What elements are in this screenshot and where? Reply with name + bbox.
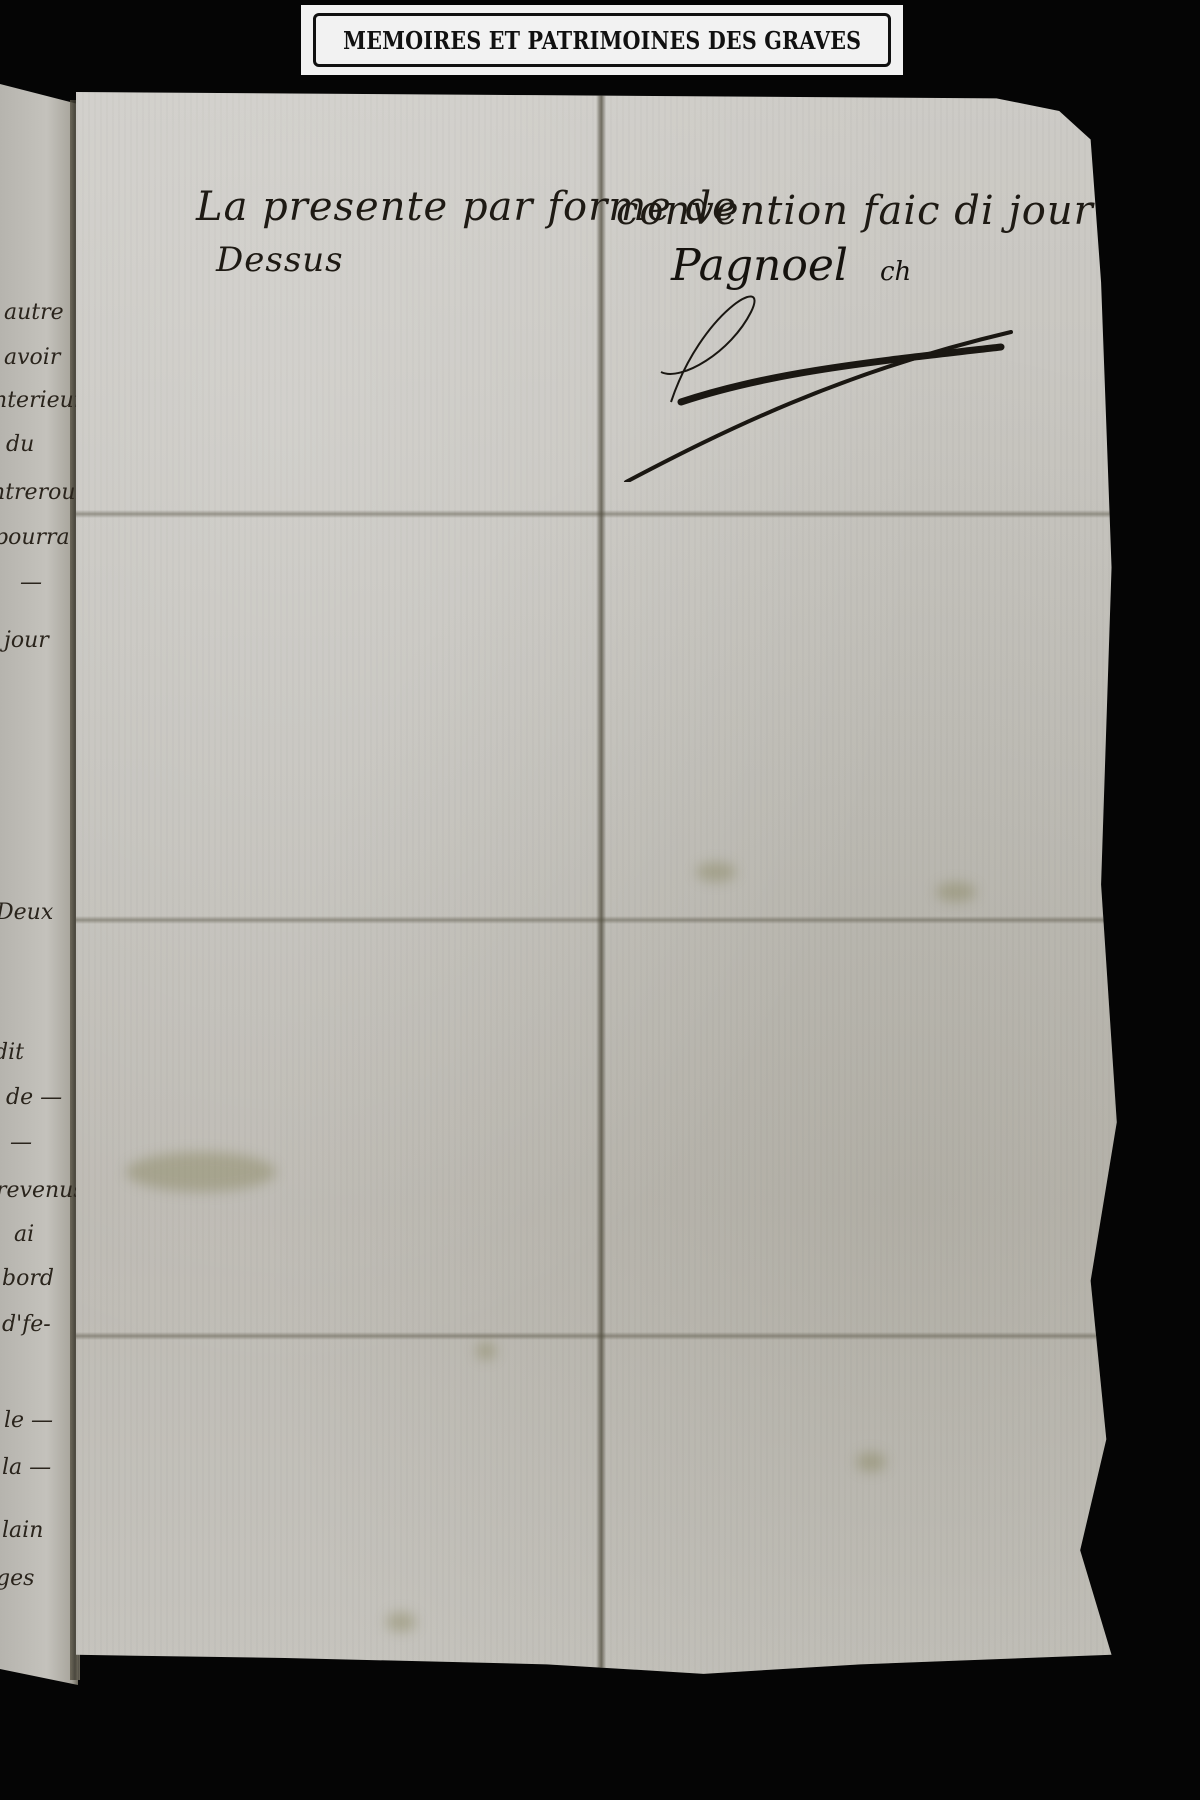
margin-word: bord (2, 1266, 54, 1291)
margin-word: ges (0, 1566, 34, 1591)
paper-stain (476, 1342, 496, 1360)
margin-word: Deux (0, 900, 53, 925)
paper-stain (126, 1152, 276, 1192)
banner-frame: MEMOIRES ET PATRIMOINES DES GRAVES (313, 13, 891, 67)
handwriting-line-1-right: convention faic di jour que — (616, 188, 1200, 234)
margin-word: avoir (4, 345, 60, 370)
signature-suffix: ch (880, 257, 911, 287)
margin-word: du (6, 432, 34, 457)
horizontal-fold-crease (76, 1332, 1122, 1340)
paper-stain (386, 1612, 416, 1632)
horizontal-fold-crease (76, 510, 1122, 518)
margin-word: revenus (0, 1178, 85, 1203)
paper-stain (856, 1452, 886, 1472)
paper-stain (696, 862, 736, 882)
signature: Pagnoel ch (671, 240, 911, 291)
banner-title: MEMOIRES ET PATRIMOINES DES GRAVES (343, 26, 861, 55)
margin-word: interieur (0, 388, 84, 413)
margin-word: la — (2, 1455, 51, 1480)
horizontal-fold-crease (76, 916, 1122, 924)
handwriting-line-2: Dessus (216, 240, 344, 280)
signature-name: Pagnoel (671, 240, 848, 291)
margin-word: ai (14, 1222, 34, 1247)
margin-word: dit (0, 1040, 24, 1065)
margin-word: autre (4, 300, 64, 325)
margin-word: entreroux (0, 480, 88, 505)
margin-word: le — (4, 1408, 53, 1433)
margin-word: jour (4, 628, 49, 653)
margin-word: d'fe- (2, 1312, 51, 1337)
margin-word: de — (6, 1085, 62, 1110)
manuscript-page: La presente par forme de convention faic… (76, 92, 1122, 1677)
paper-stain (936, 882, 976, 902)
margin-word: — (20, 570, 42, 595)
archive-banner: MEMOIRES ET PATRIMOINES DES GRAVES (301, 5, 903, 75)
vertical-fold-crease (596, 92, 606, 1677)
margin-word: lain (2, 1518, 43, 1543)
margin-word: — (10, 1130, 32, 1155)
